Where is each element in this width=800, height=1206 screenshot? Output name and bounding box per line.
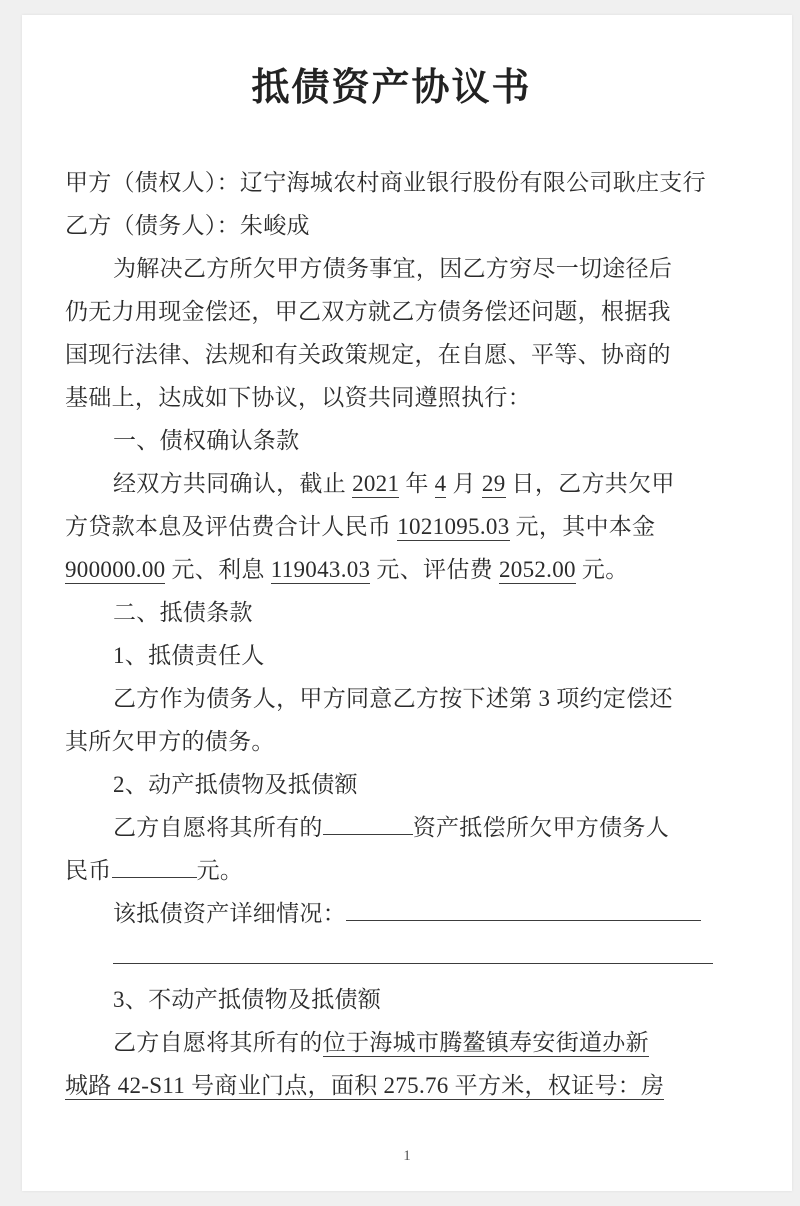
text-segment: 民币 (65, 858, 112, 883)
doc-line: 乙方作为债务人，甲方同意乙方按下述第 3 项约定偿还 (65, 677, 718, 720)
underlined-value: 2052.00 (499, 557, 576, 584)
text-segment: 经双方共同确认，截止 (113, 471, 352, 496)
text-segment: 乙方（债务人）：朱峻成 (65, 213, 310, 238)
doc-line: 甲方（债权人）：辽宁海城农村商业银行股份有限公司耿庄支行 (65, 161, 718, 204)
document-title: 抵债资产协议书 (65, 65, 718, 111)
text-segment: 国现行法律、法规和有关政策规定，在自愿、平等、协商的 (65, 342, 671, 367)
text-segment: 元，其中本金 (510, 514, 656, 539)
doc-line: 1、抵债责任人 (65, 634, 718, 677)
blank-underline (112, 857, 197, 878)
blank-underline (346, 900, 701, 921)
text-segment: 1、抵债责任人 (113, 643, 265, 668)
underlined-value: 城路 42-S11 号商业门点，面积 275.76 平方米，权证号：房 (65, 1073, 664, 1100)
doc-line: 3、不动产抵债物及抵债额 (65, 978, 718, 1021)
text-segment: 方贷款本息及评估费合计人民币 (65, 514, 397, 539)
doc-line: 其所欠甲方的债务。 (65, 720, 718, 763)
text-segment: 二、抵债条款 (113, 600, 253, 625)
page-content: 抵债资产协议书 甲方（债权人）：辽宁海城农村商业银行股份有限公司耿庄支行乙方（债… (22, 15, 792, 1191)
text-segment: 乙方自愿将其所有的 (113, 815, 323, 840)
text-segment: 为解决乙方所欠甲方债务事宜，因乙方穷尽一切途径后 (113, 256, 672, 281)
text-segment: 仍无力用现金偿还，甲乙双方就乙方债务偿还问题，根据我 (65, 299, 671, 324)
scan-background: 抵债资产协议书 甲方（债权人）：辽宁海城农村商业银行股份有限公司耿庄支行乙方（债… (0, 0, 800, 1206)
text-segment: 该抵债资产详细情况： (113, 901, 346, 926)
text-segment: 月 (446, 471, 481, 496)
text-segment: 一、债权确认条款 (113, 428, 299, 453)
underlined-value: 位于海城市腾鳌镇寿安街道办新 (323, 1030, 649, 1057)
text-segment: 2、动产抵债物及抵债额 (113, 772, 358, 797)
doc-line: 该抵债资产详细情况： (65, 892, 718, 935)
page-number: 1 (22, 1148, 792, 1165)
underlined-value: 4 (435, 471, 447, 498)
text-segment: 其所欠甲方的债务。 (65, 729, 275, 754)
underlined-value: 1021095.03 (397, 514, 509, 541)
document-body: 甲方（债权人）：辽宁海城农村商业银行股份有限公司耿庄支行乙方（债务人）：朱峻成为… (65, 161, 718, 1107)
doc-line: 900000.00 元、利息 119043.03 元、评估费 2052.00 元… (65, 548, 718, 591)
underlined-value: 2021 (352, 471, 399, 498)
doc-line: 二、抵债条款 (65, 591, 718, 634)
blank-underline (323, 814, 413, 835)
text-segment: 资产抵偿所欠甲方债务人 (413, 815, 669, 840)
doc-line: 2、动产抵债物及抵债额 (65, 763, 718, 806)
text-segment: 元、利息 (165, 557, 270, 582)
doc-line: 乙方自愿将其所有的资产抵偿所欠甲方债务人 (65, 806, 718, 849)
text-segment: 元。 (197, 858, 244, 883)
text-segment: 日，乙方共欠甲 (506, 471, 675, 496)
document-page: 抵债资产协议书 甲方（债权人）：辽宁海城农村商业银行股份有限公司耿庄支行乙方（债… (22, 15, 792, 1191)
doc-line: 一、债权确认条款 (65, 419, 718, 462)
underlined-value: 119043.03 (271, 557, 371, 584)
doc-line: 民币元。 (65, 849, 718, 892)
doc-line: 为解决乙方所欠甲方债务事宜，因乙方穷尽一切途径后 (65, 247, 718, 290)
text-segment: 乙方自愿将其所有的 (113, 1030, 323, 1055)
doc-line: 乙方自愿将其所有的位于海城市腾鳌镇寿安街道办新 (65, 1021, 718, 1064)
doc-line: 仍无力用现金偿还，甲乙双方就乙方债务偿还问题，根据我 (65, 290, 718, 333)
text-segment: 元。 (576, 557, 629, 582)
blank-underline (113, 943, 713, 964)
text-segment: 基础上，达成如下协议，以资共同遵照执行： (65, 385, 531, 410)
text-segment: 年 (399, 471, 434, 496)
underlined-value: 900000.00 (65, 557, 165, 584)
doc-line: 基础上，达成如下协议，以资共同遵照执行： (65, 376, 718, 419)
doc-line: 乙方（债务人）：朱峻成 (65, 204, 718, 247)
doc-line: 城路 42-S11 号商业门点，面积 275.76 平方米，权证号：房 (65, 1064, 718, 1107)
text-segment: 元、评估费 (370, 557, 499, 582)
doc-line: 经双方共同确认，截止 2021 年 4 月 29 日，乙方共欠甲 (65, 462, 718, 505)
underlined-value: 29 (482, 471, 506, 498)
text-segment: 3、不动产抵债物及抵债额 (113, 987, 381, 1012)
doc-line: 方贷款本息及评估费合计人民币 1021095.03 元，其中本金 (65, 505, 718, 548)
doc-line (65, 935, 718, 978)
doc-line: 国现行法律、法规和有关政策规定，在自愿、平等、协商的 (65, 333, 718, 376)
text-segment: 乙方作为债务人，甲方同意乙方按下述第 3 项约定偿还 (113, 686, 673, 711)
text-segment: 甲方（债权人）：辽宁海城农村商业银行股份有限公司耿庄支行 (65, 170, 706, 195)
